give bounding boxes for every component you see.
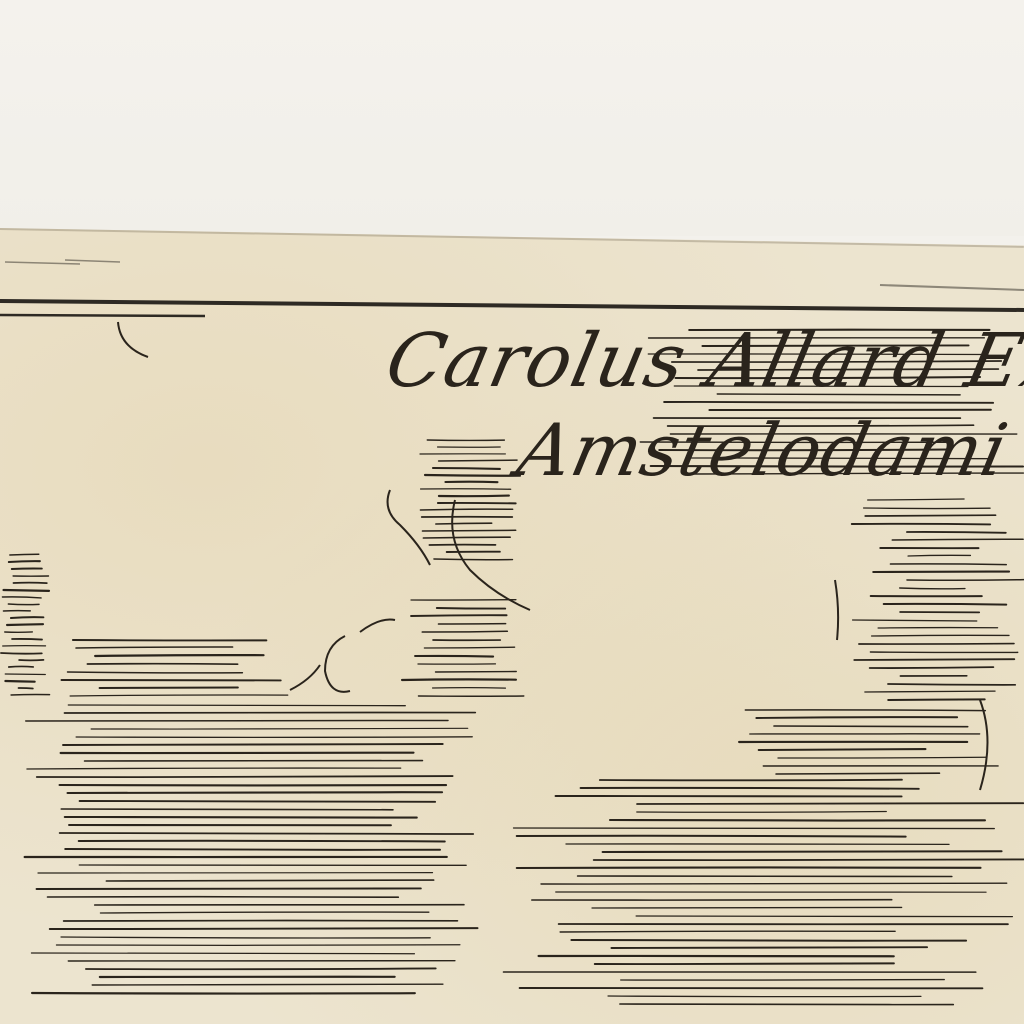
inscription-publisher: Carolus Allard Ex bbox=[379, 318, 1024, 404]
inscription-place: Amstelodami bbox=[511, 408, 1015, 492]
plate-border bbox=[0, 260, 1024, 316]
etching-artwork bbox=[0, 0, 1024, 1024]
